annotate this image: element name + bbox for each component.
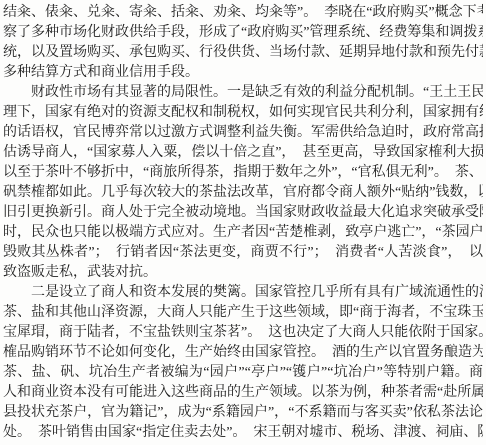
text-line: 毁败其丛株者”； 行销者因“茶法更变，商贾不行”； 消费者“人苦淡食”， 以 <box>3 243 483 263</box>
text-line: 榷品购销环节不论如何变化，生产始终由国家管控。 酒的生产以官置务酿造为主。 <box>3 343 483 363</box>
text-line: 二是设立了商人和资本发展的樊篱。国家管控几乎所有具有广域流通性的酒、 <box>3 283 483 303</box>
text-block: 结籴、俵籴、兑籴、寄籴、括籴、劝籴、均籴等”。 李晓在“政府购买”概念下考察了多… <box>3 3 483 443</box>
text-line: 县投状充茶户，官为籍记”，成为“系籍园户”，“不系籍而与客买卖”依私茶法论 <box>3 403 483 423</box>
text-line: 旧引更换新引。商人处于完全被动境地。当国家财政收益最大化追求突破承受限度 <box>3 203 483 223</box>
text-line: 时，民众也只能以极端方式应对。生产者因“苦楚椎剥，致亭户逃亡”，“茶园户辄 <box>3 223 483 243</box>
text-line: 察了多种市场化财政供给手段，形成了“政府购买”管理系统、经费筹集和调拨系 <box>3 23 483 43</box>
text-line: 统，以及置场购买、承包购买、行役供货、当场付款、延期异地付款和预先付款等 <box>3 43 483 63</box>
text-line: 矾禁榷都如此。几乎每次较大的茶盐法改革，官府都令商人额外“贴纳”钱数，以 <box>3 183 483 203</box>
text-line: 致盗贩走私，武装对抗。 <box>3 263 483 283</box>
text-line: 处。 茶叶销售由国家“指定住卖去处”。 宋王朝对墟市、税场、津渡、祠庙、陂 <box>3 423 483 443</box>
text-line: 茶、盐、矾、坑冶生产者被编为“园户”“亭户”“镬户”“坑冶户”等特别户籍。商 <box>3 363 483 383</box>
text-line: 理下，国家有绝对的资源支配权和制税权，如何实现官民共利分利，国家拥有绝对 <box>3 103 483 123</box>
text-line: 茶、盐和其他山泽资源，大商人只能产生于这些领域，即“商于海者，不宝珠玉则 <box>3 303 483 323</box>
text-line: 人和商业资本没有可能进入这些商品的生产领域。以茶为例，种茶者需“赴所属州 <box>3 383 483 403</box>
text-line: 的话语权，官民博弈常以过激方式调整利益失衡。军需供给急迫时，政府常高抬虚 <box>3 123 483 143</box>
text-line: 财政性市场有其显著的局限性。一是缺乏有效的利益分配机制。“王土王民”原 <box>3 83 483 103</box>
text-line: 结籴、俵籴、兑籴、寄籴、括籴、劝籴、均籴等”。 李晓在“政府购买”概念下考 <box>3 3 483 23</box>
text-line: 估诱导商人，“国家募人入粟，偿以十倍之直”， 甚至更高，导致国家榷利大损， <box>3 143 483 163</box>
text-line: 宝犀瑁，商于陆者，不宝盐铁则宝茶茗”。 这也决定了大商人只能依附于国家。禁 <box>3 323 483 343</box>
text-line: 以至于茶叶不够折中，“商旅所得茶，指期于数年之外”，“官私俱无利”。 茶、盐、 <box>3 163 483 183</box>
document-page: 结籴、俵籴、兑籴、寄籴、括籴、劝籴、均籴等”。 李晓在“政府购买”概念下考察了多… <box>0 0 486 445</box>
text-line: 多种结算方式和商业信用手段。 <box>3 63 483 83</box>
